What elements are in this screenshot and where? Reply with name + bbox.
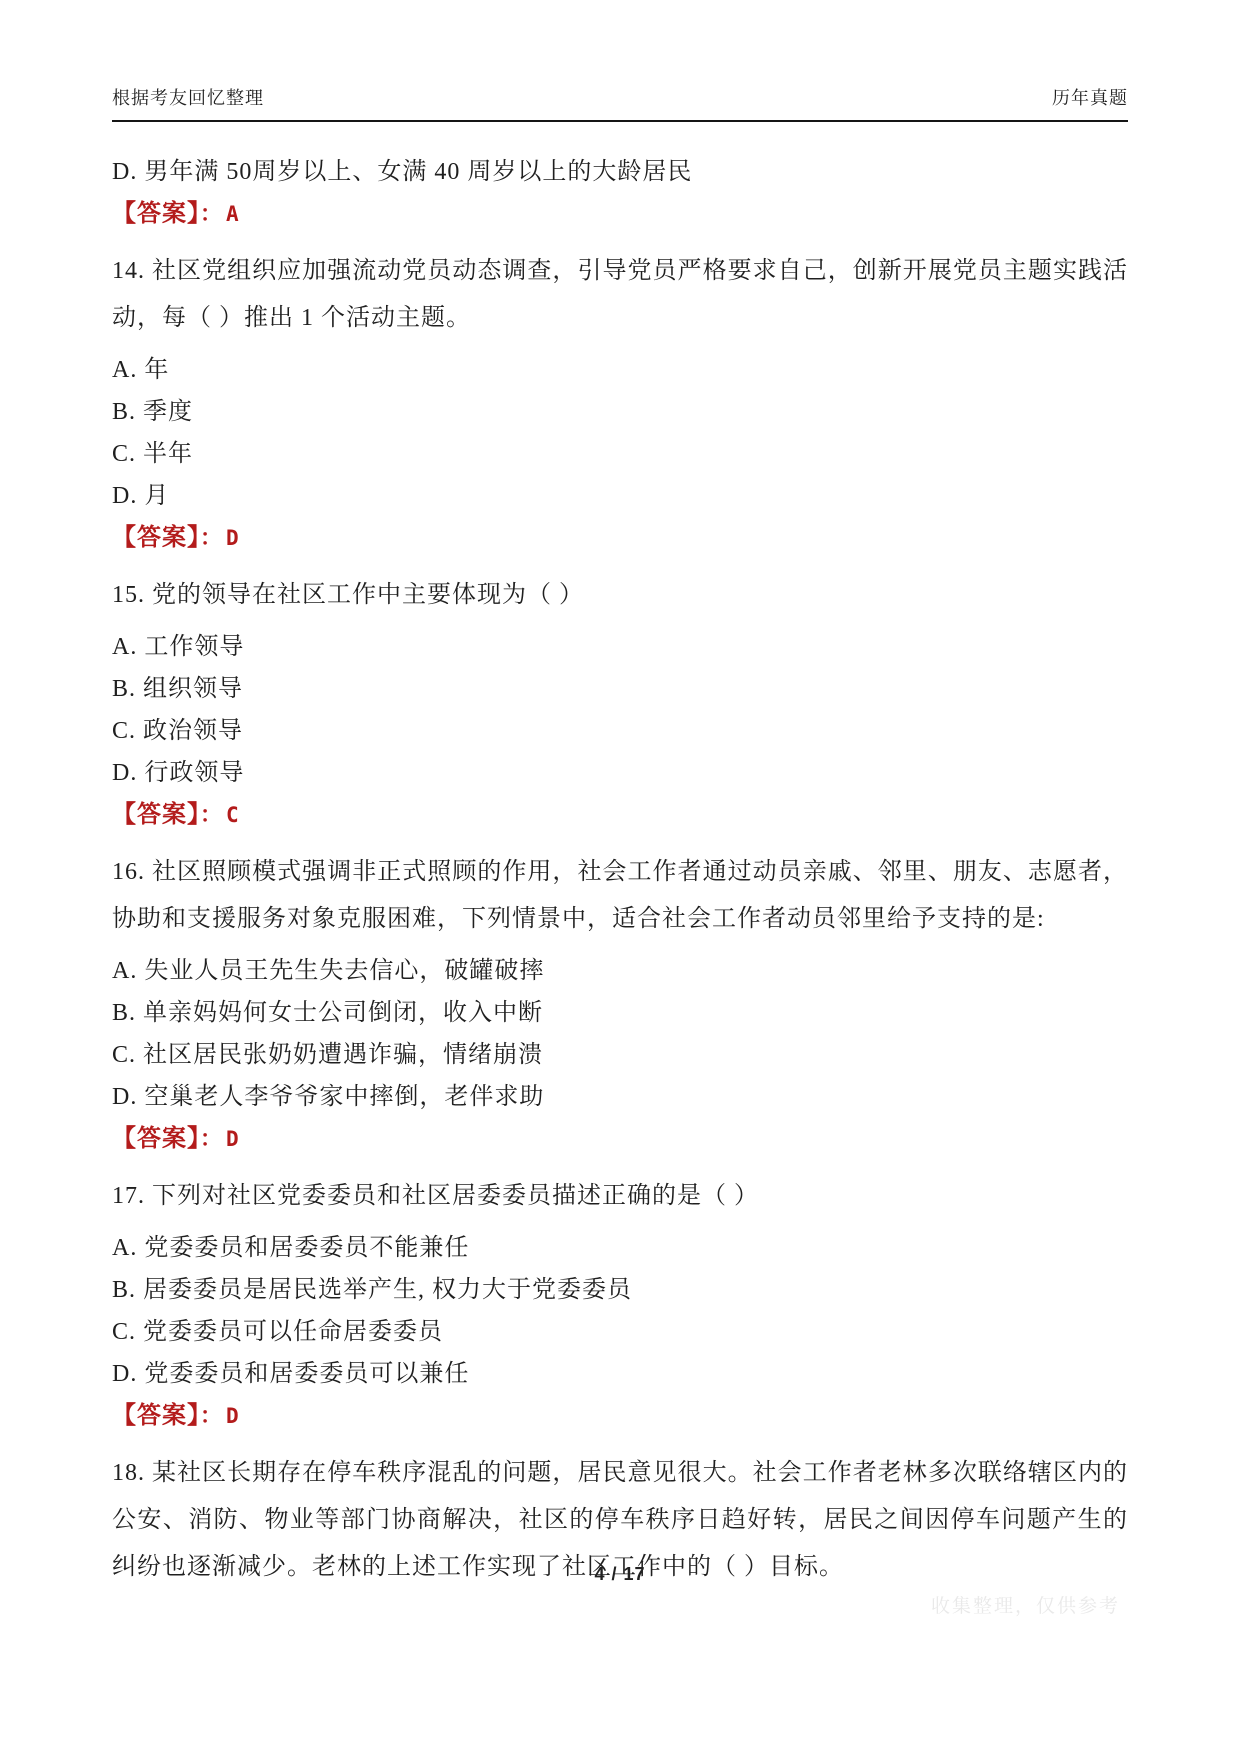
option-c: C. 半年 — [112, 440, 1128, 468]
carryover-option-d: D. 男年满 50周岁以上、女满 40 周岁以上的大龄居民 — [112, 158, 1128, 186]
question-stem: 17. 下列对社区党委委员和社区居委委员描述正确的是（ ） — [112, 1173, 1128, 1220]
answer-line: 【答案】：D — [112, 1124, 1128, 1157]
option-b: B. 居委委员是居民选举产生, 权力大于党委委员 — [112, 1276, 1128, 1304]
page-number: 4 / 17 — [0, 1564, 1240, 1585]
answer-separator: ： — [200, 525, 222, 550]
answer-separator: ： — [200, 1126, 222, 1151]
option-a: A. 年 — [112, 356, 1128, 384]
option-c: C. 党委委员可以任命居委委员 — [112, 1318, 1128, 1346]
answer-value: A — [226, 202, 239, 226]
question-block-14: 14. 社区党组织应加强流动党员动态调查，引导党员严格要求自己，创新开展党员主题… — [112, 248, 1128, 556]
option-b: B. 季度 — [112, 398, 1128, 426]
header-rule — [112, 120, 1128, 122]
option-c: C. 政治领导 — [112, 717, 1128, 745]
answer-separator: ： — [200, 201, 222, 226]
options-list: A. 失业人员王先生失去信心，破罐破摔 B. 单亲妈妈何女士公司倒闭，收入中断 … — [112, 957, 1128, 1111]
option-b: B. 组织领导 — [112, 675, 1128, 703]
document-page: 根据考友回忆整理 历年真题 D. 男年满 50周岁以上、女满 40 周岁以上的大… — [0, 0, 1240, 1753]
header-doc-type: 历年真题 — [1052, 84, 1128, 110]
page-number-current: 4 — [594, 1564, 605, 1584]
page-header: 根据考友回忆整理 历年真题 — [112, 0, 1128, 110]
option-d: D. 行政领导 — [112, 759, 1128, 787]
answer-separator: ： — [200, 802, 222, 827]
option-a: A. 工作领导 — [112, 633, 1128, 661]
question-stem: 16. 社区照顾模式强调非正式照顾的作用，社会工作者通过动员亲戚、邻里、朋友、志… — [112, 849, 1128, 943]
answer-label: 【答案】 — [112, 201, 200, 227]
watermark-text: 收集整理，仅供参考 — [931, 1591, 1120, 1618]
question-stem: 14. 社区党组织应加强流动党员动态调查，引导党员严格要求自己，创新开展党员主题… — [112, 248, 1128, 342]
option-d: D. 党委委员和居委委员可以兼任 — [112, 1360, 1128, 1388]
page-number-separator: / — [605, 1564, 623, 1584]
option-a: A. 失业人员王先生失去信心，破罐破摔 — [112, 957, 1128, 985]
option-b: B. 单亲妈妈何女士公司倒闭，收入中断 — [112, 999, 1128, 1027]
option-a: A. 党委委员和居委委员不能兼任 — [112, 1234, 1128, 1262]
option-d: D. 空巢老人李爷爷家中摔倒，老伴求助 — [112, 1083, 1128, 1111]
option-c: C. 社区居民张奶奶遭遇诈骗，情绪崩溃 — [112, 1041, 1128, 1069]
header-source-note: 根据考友回忆整理 — [112, 84, 264, 110]
question-block-17: 17. 下列对社区党委委员和社区居委委员描述正确的是（ ） A. 党委委员和居委… — [112, 1173, 1128, 1434]
answer-value: D — [226, 526, 239, 550]
answer-value: C — [226, 803, 239, 827]
question-block-15: 15. 党的领导在社区工作中主要体现为（ ） A. 工作领导 B. 组织领导 C… — [112, 572, 1128, 833]
answer-label: 【答案】 — [112, 1403, 200, 1429]
answer-value: D — [226, 1127, 239, 1151]
options-list: A. 党委委员和居委委员不能兼任 B. 居委委员是居民选举产生, 权力大于党委委… — [112, 1234, 1128, 1388]
answer-line: 【答案】：A — [112, 199, 1128, 232]
answer-line: 【答案】：D — [112, 1401, 1128, 1434]
options-list: A. 年 B. 季度 C. 半年 D. 月 — [112, 356, 1128, 510]
answer-value: D — [226, 1404, 239, 1428]
page-number-total: 17 — [624, 1564, 646, 1584]
question-block-16: 16. 社区照顾模式强调非正式照顾的作用，社会工作者通过动员亲戚、邻里、朋友、志… — [112, 849, 1128, 1157]
question-stem: 15. 党的领导在社区工作中主要体现为（ ） — [112, 572, 1128, 619]
answer-label: 【答案】 — [112, 802, 200, 828]
answer-line: 【答案】：C — [112, 800, 1128, 833]
answer-separator: ： — [200, 1403, 222, 1428]
answer-label: 【答案】 — [112, 525, 200, 551]
options-list: A. 工作领导 B. 组织领导 C. 政治领导 D. 行政领导 — [112, 633, 1128, 787]
option-d: D. 月 — [112, 482, 1128, 510]
answer-label: 【答案】 — [112, 1126, 200, 1152]
answer-line: 【答案】：D — [112, 523, 1128, 556]
